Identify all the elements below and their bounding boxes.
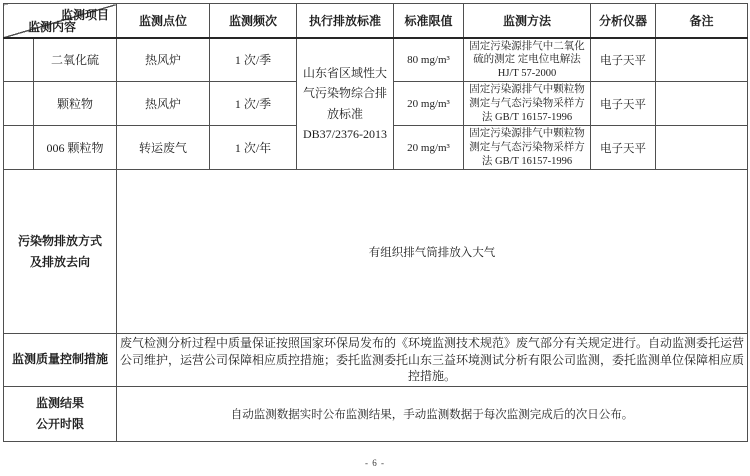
method-cell: 固定污染源排气中二氧化硫的测定 定电位电解法 HJ/T 57-2000 bbox=[464, 38, 591, 82]
section-label-discharge: 污染物排放方式 及排放去向 bbox=[4, 170, 117, 334]
section-content-publication: 自动监测数据实时公布监测结果，手动监测数据于每次监测完成后的次日公布。 bbox=[117, 386, 748, 441]
corner-label-content: 监测内容 bbox=[28, 18, 76, 35]
section-content-quality-control: 废气检测分析过程中质量保证按照国家环保局发布的《环境监测技术规范》废气部分有关规… bbox=[117, 334, 748, 386]
document-page: { "page": { "footer": "- 6 -" }, "table"… bbox=[0, 0, 750, 476]
remark-cell bbox=[656, 126, 748, 170]
section-row-quality-control: 监测质量控制措施 废气检测分析过程中质量保证按照国家环保局发布的《环境监测技术规… bbox=[4, 334, 748, 386]
header-instrument: 分析仪器 bbox=[591, 4, 656, 38]
header-remark: 备注 bbox=[656, 4, 748, 38]
table-row: 二氧化硫 热风炉 1 次/季 山东省区域性大气污染物综合排放标准 DB37/23… bbox=[4, 38, 748, 82]
instrument-cell: 电子天平 bbox=[591, 126, 656, 170]
point-cell: 转运废气 bbox=[117, 126, 210, 170]
item-cell: 颗粒物 bbox=[34, 82, 117, 126]
table-header-row: 监测项目 监测内容 监测点位 监测频次 执行排放标准 标准限值 监测方法 分析仪… bbox=[4, 4, 748, 38]
method-cell: 固定污染源排气中颗粒物测定与气态污染物采样方法 GB/T 16157-1996 bbox=[464, 126, 591, 170]
remark-cell bbox=[656, 38, 748, 82]
instrument-cell: 电子天平 bbox=[591, 38, 656, 82]
method-cell: 固定污染源排气中颗粒物测定与气态污染物采样方法 GB/T 16157-1996 bbox=[464, 82, 591, 126]
limit-cell: 80 mg/m³ bbox=[394, 38, 464, 82]
standard-merged-cell: 山东省区域性大气污染物综合排放标准 DB37/2376-2013 bbox=[297, 38, 394, 170]
category-cell bbox=[4, 38, 34, 82]
item-cell: 二氧化硫 bbox=[34, 38, 117, 82]
point-cell: 热风炉 bbox=[117, 38, 210, 82]
remark-cell bbox=[656, 82, 748, 126]
frequency-cell: 1 次/季 bbox=[210, 38, 297, 82]
category-cell bbox=[4, 126, 34, 170]
corner-header-cell: 监测项目 监测内容 bbox=[4, 4, 117, 38]
header-frequency: 监测频次 bbox=[210, 4, 297, 38]
section-label-publication: 监测结果 公开时限 bbox=[4, 386, 117, 441]
frequency-cell: 1 次/季 bbox=[210, 82, 297, 126]
item-cell: 006 颗粒物 bbox=[34, 126, 117, 170]
section-row-discharge: 污染物排放方式 及排放去向 有组织排气筒排放入大气 bbox=[4, 170, 748, 334]
category-cell bbox=[4, 82, 34, 126]
instrument-cell: 电子天平 bbox=[591, 82, 656, 126]
frequency-cell: 1 次/年 bbox=[210, 126, 297, 170]
point-cell: 热风炉 bbox=[117, 82, 210, 126]
header-method: 监测方法 bbox=[464, 4, 591, 38]
section-label-quality-control: 监测质量控制措施 bbox=[4, 334, 117, 386]
header-point: 监测点位 bbox=[117, 4, 210, 38]
header-limit: 标准限值 bbox=[394, 4, 464, 38]
section-content-discharge: 有组织排气筒排放入大气 bbox=[117, 170, 748, 334]
section-row-publication: 监测结果 公开时限 自动监测数据实时公布监测结果，手动监测数据于每次监测完成后的… bbox=[4, 386, 748, 441]
page-number: - 6 - bbox=[0, 458, 750, 468]
limit-cell: 20 mg/m³ bbox=[394, 126, 464, 170]
header-standard: 执行排放标准 bbox=[297, 4, 394, 38]
monitoring-table: 监测项目 监测内容 监测点位 监测频次 执行排放标准 标准限值 监测方法 分析仪… bbox=[3, 3, 748, 442]
limit-cell: 20 mg/m³ bbox=[394, 82, 464, 126]
